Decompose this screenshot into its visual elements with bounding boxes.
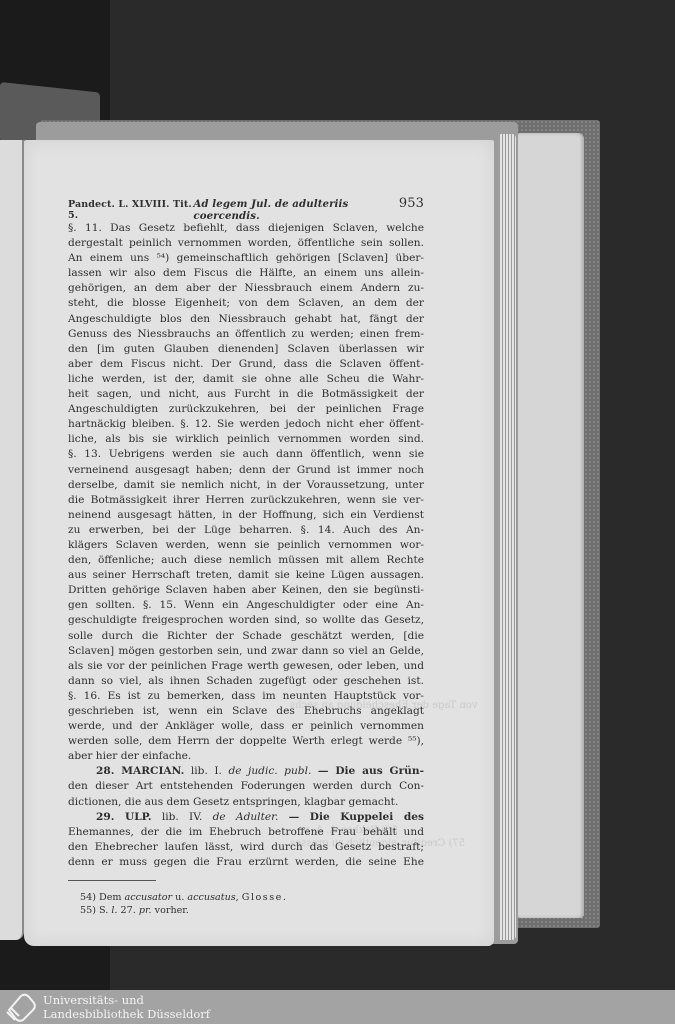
text-line: §. 11. Das Gesetz befiehlt, dass diejeni… [68, 221, 424, 236]
text-line: heit sagen, und nicht, aus Furcht in die… [68, 387, 424, 402]
text-line: Genuss des Niessbrauchs an öffentlich zu… [68, 327, 424, 342]
institution-name: Universitäts- und Landesbibliothek Düsse… [43, 993, 210, 1021]
text-line: werden solle, dem Herrn der doppelte Wer… [68, 734, 424, 749]
section-28-heading: 28. MARCIAN. lib. I. de judic. publ. — D… [68, 764, 424, 779]
text-line: aber hier der einfache. [68, 749, 424, 764]
text-line: lassen wir also dem Fiscus die Hälfte, a… [68, 266, 424, 281]
text-line: denn er muss gegen die Frau erzürnt werd… [68, 855, 424, 870]
text-line: liche, als bis sie wirklich peinlich ver… [68, 432, 424, 447]
footnote-divider [68, 880, 156, 881]
text-line: Ehemannes, der die im Ehebruch betroffen… [68, 825, 424, 840]
institution-line-1: Universitäts- und [43, 993, 210, 1007]
text-line: den, öffenliche; auch diese nemlich müss… [68, 553, 424, 568]
ulb-book-logo-icon[interactable] [3, 992, 39, 1022]
footnote-text: , [236, 892, 239, 903]
running-head-title: Ad legem Jul. de adulteriis coercendis. [193, 198, 398, 222]
text-line: Sclaven] mögen gestorben sein, und zwar … [68, 644, 424, 659]
section-number: 29. ULP. [96, 811, 152, 823]
text-line: solle durch die Richter der Schade gesch… [68, 629, 424, 644]
text-line: neinend ausgesagt hätten, in der Hoffnun… [68, 508, 424, 523]
text-line: Angeschuldigten zurückzukehren, bei der … [68, 402, 424, 417]
footnote-text: S. [99, 905, 108, 916]
footnote-italic: accusatus [187, 892, 235, 903]
text-line: §. 16. Es ist zu bemerken, dass im neunt… [68, 689, 424, 704]
footnote-text: u. [175, 892, 184, 903]
footnote-55: 55) S. l. 27. pr. vorher. [68, 904, 424, 917]
text-line: liche werden, ist der, damit sie ohne al… [68, 372, 424, 387]
text-line: hartnäckig bleiben. §. 12. Sie werden je… [68, 417, 424, 432]
footnote-text: vorher. [155, 905, 189, 916]
section-source: lib. IV. [162, 811, 203, 823]
text-line: dann so viel, als ihnen Schaden zugefügt… [68, 674, 424, 689]
footnote-italic: accusator [125, 892, 173, 903]
footnote-italic: l. [111, 905, 117, 916]
page-number: 953 [399, 196, 424, 211]
page-text: Pandect. L. XLVIII. Tit. 5. Ad legem Jul… [68, 196, 424, 917]
book-endpaper [518, 133, 584, 918]
text-line: dictionen, die aus dem Gesetz entspringe… [68, 795, 424, 810]
text-line: An einem uns ⁵⁴) gemeinschaftlich gehöri… [68, 251, 424, 266]
section-number: 28. MARCIAN. [96, 765, 184, 777]
section-text: — Die aus Grün- [318, 765, 424, 777]
text-line: derselbe, damit sie nemlich nicht, in de… [68, 478, 424, 493]
text-line: klägers Sclaven werden, wenn sie peinlic… [68, 538, 424, 553]
text-line: aber dem Fiscus nicht. Der Grund, dass d… [68, 357, 424, 372]
footnote-spaced: Glosse. [242, 892, 288, 903]
section-text: — Die Kuppelei des [289, 811, 424, 823]
text-line: den [im guten Glauben dienenden] Sclaven… [68, 342, 424, 357]
text-line: §. 13. Uebrigens werden sie auch dann öf… [68, 447, 424, 462]
text-line: steht, die blosse Eigenheit; von dem Scl… [68, 296, 424, 311]
section-source: lib. I. [191, 765, 222, 777]
running-head-left: Pandect. L. XLVIII. Tit. 5. [68, 199, 193, 221]
left-page-edge [0, 140, 24, 940]
text-line: gehörigen, an dem aber der Niessbrauch e… [68, 281, 424, 296]
footnote-54: 54) Dem accusator u. accusatus, Glosse. [68, 891, 424, 904]
text-line: gen sollten. §. 15. Wenn ein Angeschuldi… [68, 598, 424, 613]
footnote-text: 27. [121, 905, 136, 916]
footnote-italic: pr. [139, 905, 152, 916]
institution-line-2: Landesbibliothek Düsseldorf [43, 1007, 210, 1021]
text-line: verneinend ausgesagt haben; denn der Gru… [68, 463, 424, 478]
text-line: zu erwerben, bei der Lüge beharren. §. 1… [68, 523, 424, 538]
text-line: den Ehebrecher laufen lässt, wird durch … [68, 840, 424, 855]
text-line: geschrieben ist, wenn ein Sclave des Ehe… [68, 704, 424, 719]
text-line: Angeschuldigte blos den Niessbrauch geha… [68, 312, 424, 327]
text-line: dergestalt peinlich vernommen worden, öf… [68, 236, 424, 251]
text-line: die Botmässigkeit ihrer Herren zurückzuk… [68, 493, 424, 508]
text-line: Dritten gehörige Sclaven haben aber Kein… [68, 583, 424, 598]
text-line: aus seiner Herrschaft treten, damit sie … [68, 568, 424, 583]
footer-bar: Universitäts- und Landesbibliothek Düsse… [0, 990, 675, 1024]
text-line: geschuldigte freigesprochen worden sind,… [68, 613, 424, 628]
footnote-mark: 54) [80, 892, 96, 903]
section-29-heading: 29. ULP. lib. IV. de Adulter. — Die Kupp… [68, 810, 424, 825]
text-line: als sie vor der peinlichen Frage werth g… [68, 659, 424, 674]
section-title: de judic. publ. [228, 765, 311, 777]
footnote-text: Dem [99, 892, 121, 903]
body-text: §. 11. Das Gesetz befiehlt, dass diejeni… [68, 221, 424, 764]
running-head: Pandect. L. XLVIII. Tit. 5. Ad legem Jul… [68, 196, 424, 214]
section-title: de Adulter. [213, 811, 279, 823]
footnote-mark: 55) [80, 905, 96, 916]
text-line: werde, und der Ankläger wolle, dass er p… [68, 719, 424, 734]
text-line: den dieser Art entstehenden Foderungen w… [68, 779, 424, 794]
